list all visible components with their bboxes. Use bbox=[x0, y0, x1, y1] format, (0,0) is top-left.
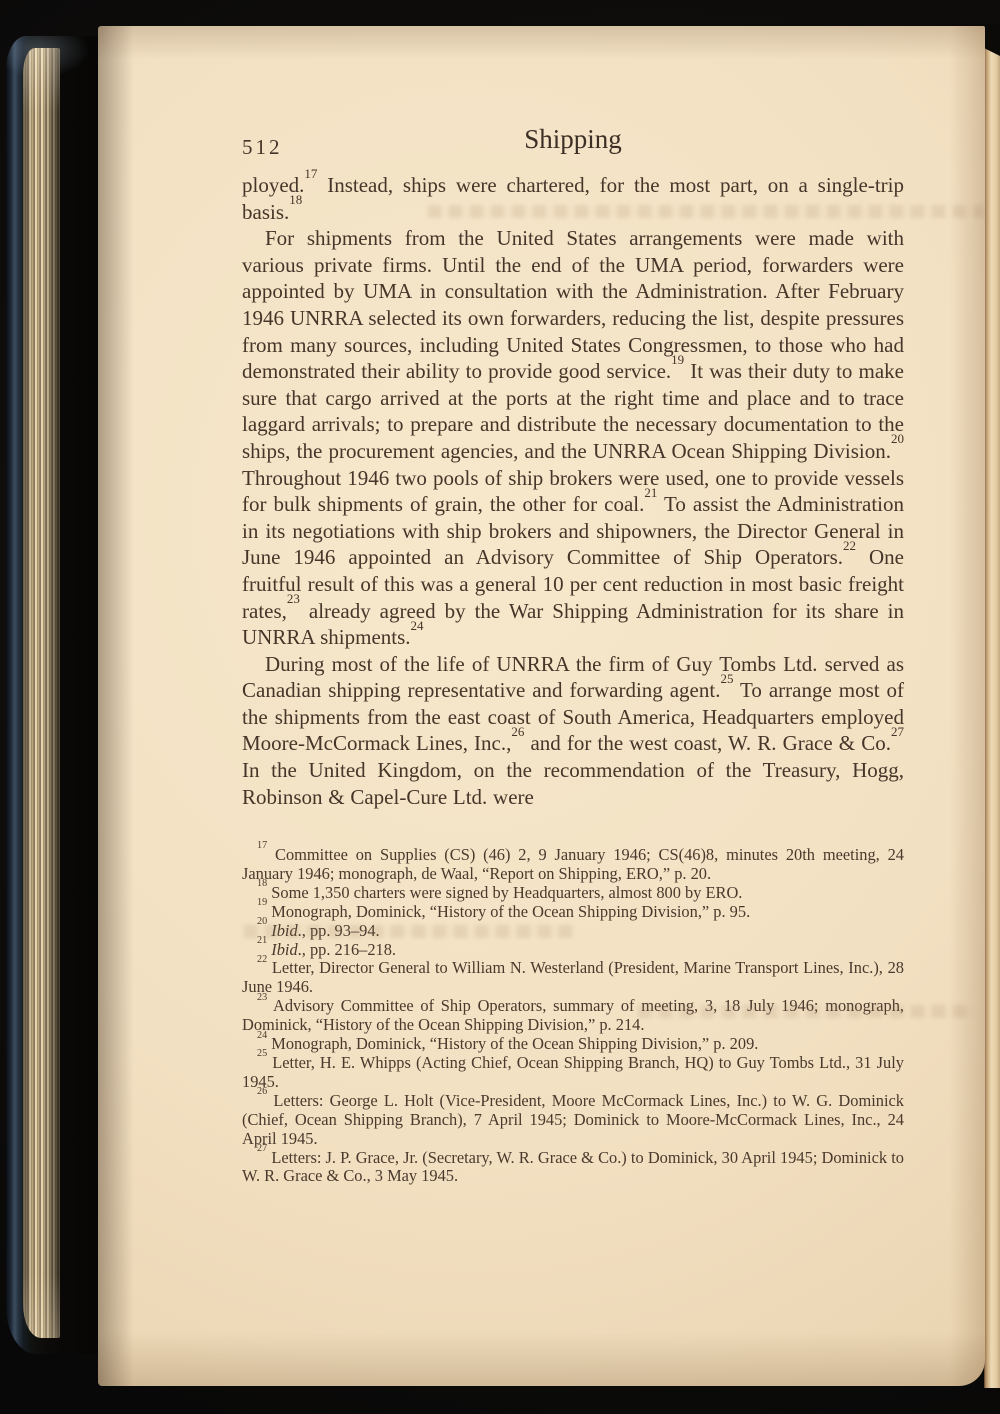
footnote: 23 Advisory Committee of Ship Operators,… bbox=[242, 997, 904, 1035]
footnote: 20 Ibid., pp. 93–94. bbox=[242, 922, 904, 941]
footnote-number: 19 bbox=[257, 897, 267, 908]
footnote-number: 23 bbox=[257, 992, 267, 1003]
book-page: 512 Shipping ployed.17 Instead, ships we… bbox=[98, 26, 985, 1386]
footnote: 22 Letter, Director General to William N… bbox=[242, 959, 904, 997]
footnote: 27 Letters: J. P. Grace, Jr. (Secretary,… bbox=[242, 1149, 904, 1187]
footnote-ref: 25 bbox=[720, 671, 733, 686]
footnote-ref: 24 bbox=[411, 618, 424, 633]
paragraph: During most of the life of UNRRA the fir… bbox=[242, 651, 904, 811]
footnote-ref: 20 bbox=[891, 431, 904, 446]
footnote: 19 Monograph, Dominick, “History of the … bbox=[242, 903, 904, 922]
footnote: 24 Monograph, Dominick, “History of the … bbox=[242, 1035, 904, 1054]
footnote: 17 Committee on Supplies (CS) (46) 2, 9 … bbox=[242, 846, 904, 884]
under-page-edges bbox=[984, 28, 1000, 1388]
footnote: 25 Letter, H. E. Whipps (Acting Chief, O… bbox=[242, 1054, 904, 1092]
footnote-number: 25 bbox=[257, 1048, 267, 1059]
book-fore-edge-pages bbox=[23, 48, 60, 1338]
footnote-number: 24 bbox=[257, 1030, 267, 1041]
body-paragraphs: ployed.17 Instead, ships were chartered,… bbox=[242, 172, 904, 810]
footnote-ref: 19 bbox=[671, 352, 684, 367]
footnote-number: 27 bbox=[257, 1143, 267, 1154]
paragraph: For shipments from the United States arr… bbox=[242, 225, 904, 651]
footnote-number: 22 bbox=[257, 954, 267, 965]
footnote-ref: 23 bbox=[287, 591, 300, 606]
footnote: 21 Ibid., pp. 216–218. bbox=[242, 941, 904, 960]
footnote-ref: 21 bbox=[644, 485, 657, 500]
footnote-number: 18 bbox=[257, 878, 267, 889]
footnote: 26 Letters: George L. Holt (Vice-Preside… bbox=[242, 1092, 904, 1149]
footnote-number: 26 bbox=[257, 1086, 267, 1097]
book-spine bbox=[6, 36, 102, 1354]
paragraph: ployed.17 Instead, ships were chartered,… bbox=[242, 172, 904, 225]
footnote-ref: 27 bbox=[891, 724, 904, 739]
running-title: Shipping bbox=[242, 124, 904, 155]
footnote-number: 21 bbox=[257, 935, 267, 946]
footnote: 18 Some 1,350 charters were signed by He… bbox=[242, 884, 904, 903]
footnote-ref: 18 bbox=[289, 192, 302, 207]
footnote-number: 20 bbox=[257, 916, 267, 927]
footnotes: 17 Committee on Supplies (CS) (46) 2, 9 … bbox=[242, 846, 904, 1186]
footnote-ref: 17 bbox=[304, 166, 317, 181]
footnote-ref: 26 bbox=[511, 724, 524, 739]
footnote-ref: 22 bbox=[843, 538, 856, 553]
footnote-number: 17 bbox=[257, 840, 267, 851]
photo-background: 512 Shipping ployed.17 Instead, ships we… bbox=[0, 0, 1000, 1414]
